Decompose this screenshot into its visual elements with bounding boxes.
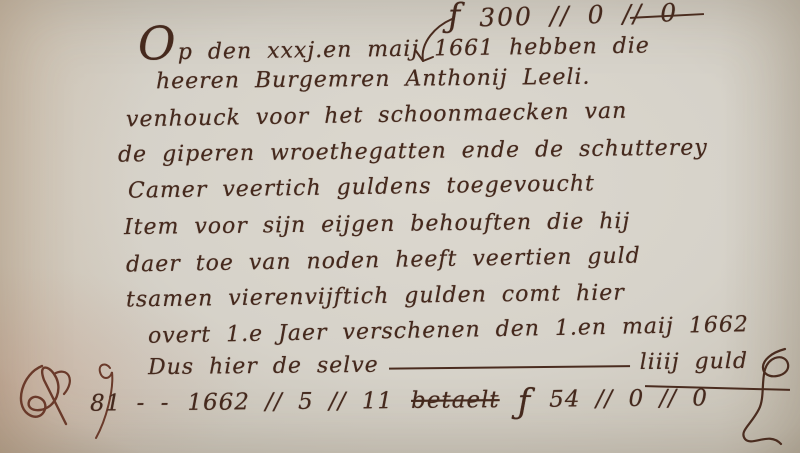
manuscript-line: de giperen wroethegatten ende de schutte… bbox=[118, 135, 708, 167]
settlement-line: 81 - - 1662 // 5 // 11 betaelt ƒ 54 // 0… bbox=[90, 385, 708, 418]
total-label: Dus hier de selve bbox=[148, 353, 379, 380]
settlement-amount: 54 // 0 // 0 bbox=[549, 385, 708, 412]
entry-number: 81 - - bbox=[90, 390, 170, 417]
manuscript-line: tsamen vierenvijftich gulden comt hier bbox=[126, 281, 625, 313]
manuscript-line: Item voor sijn eijgen behouften die hij bbox=[124, 209, 631, 240]
manuscript-line: venhouck voor het schoonmaecken van bbox=[126, 99, 628, 133]
total-dash-rule bbox=[389, 365, 630, 370]
manuscript-line: daer toe van noden heeft veertien guld bbox=[126, 244, 641, 278]
manuscript-line: Op den xxxj.en maij 1661 hebben die bbox=[138, 24, 650, 65]
manuscript-line: heeren Burgemren Anthonij Leeli. bbox=[156, 65, 591, 95]
manuscript-line: Camer veertich guldens toegevoucht bbox=[128, 171, 595, 203]
florin-sign: ƒ bbox=[518, 389, 532, 416]
manuscript-photo: ƒ 300 // 0 // 0 Op den xxxj.en maij 1661… bbox=[0, 0, 800, 453]
settlement-date: 1662 // 5 // 11 bbox=[187, 388, 393, 416]
signature-flourish-icon bbox=[735, 345, 795, 451]
manuscript-line: overt 1.e Jaer verschenen den 1.en maij … bbox=[148, 312, 749, 349]
total-line: Dus hier de selve liiij guld bbox=[148, 349, 748, 380]
paid-strikethrough: betaelt bbox=[411, 387, 500, 414]
total-amount: liiij guld bbox=[640, 349, 749, 375]
